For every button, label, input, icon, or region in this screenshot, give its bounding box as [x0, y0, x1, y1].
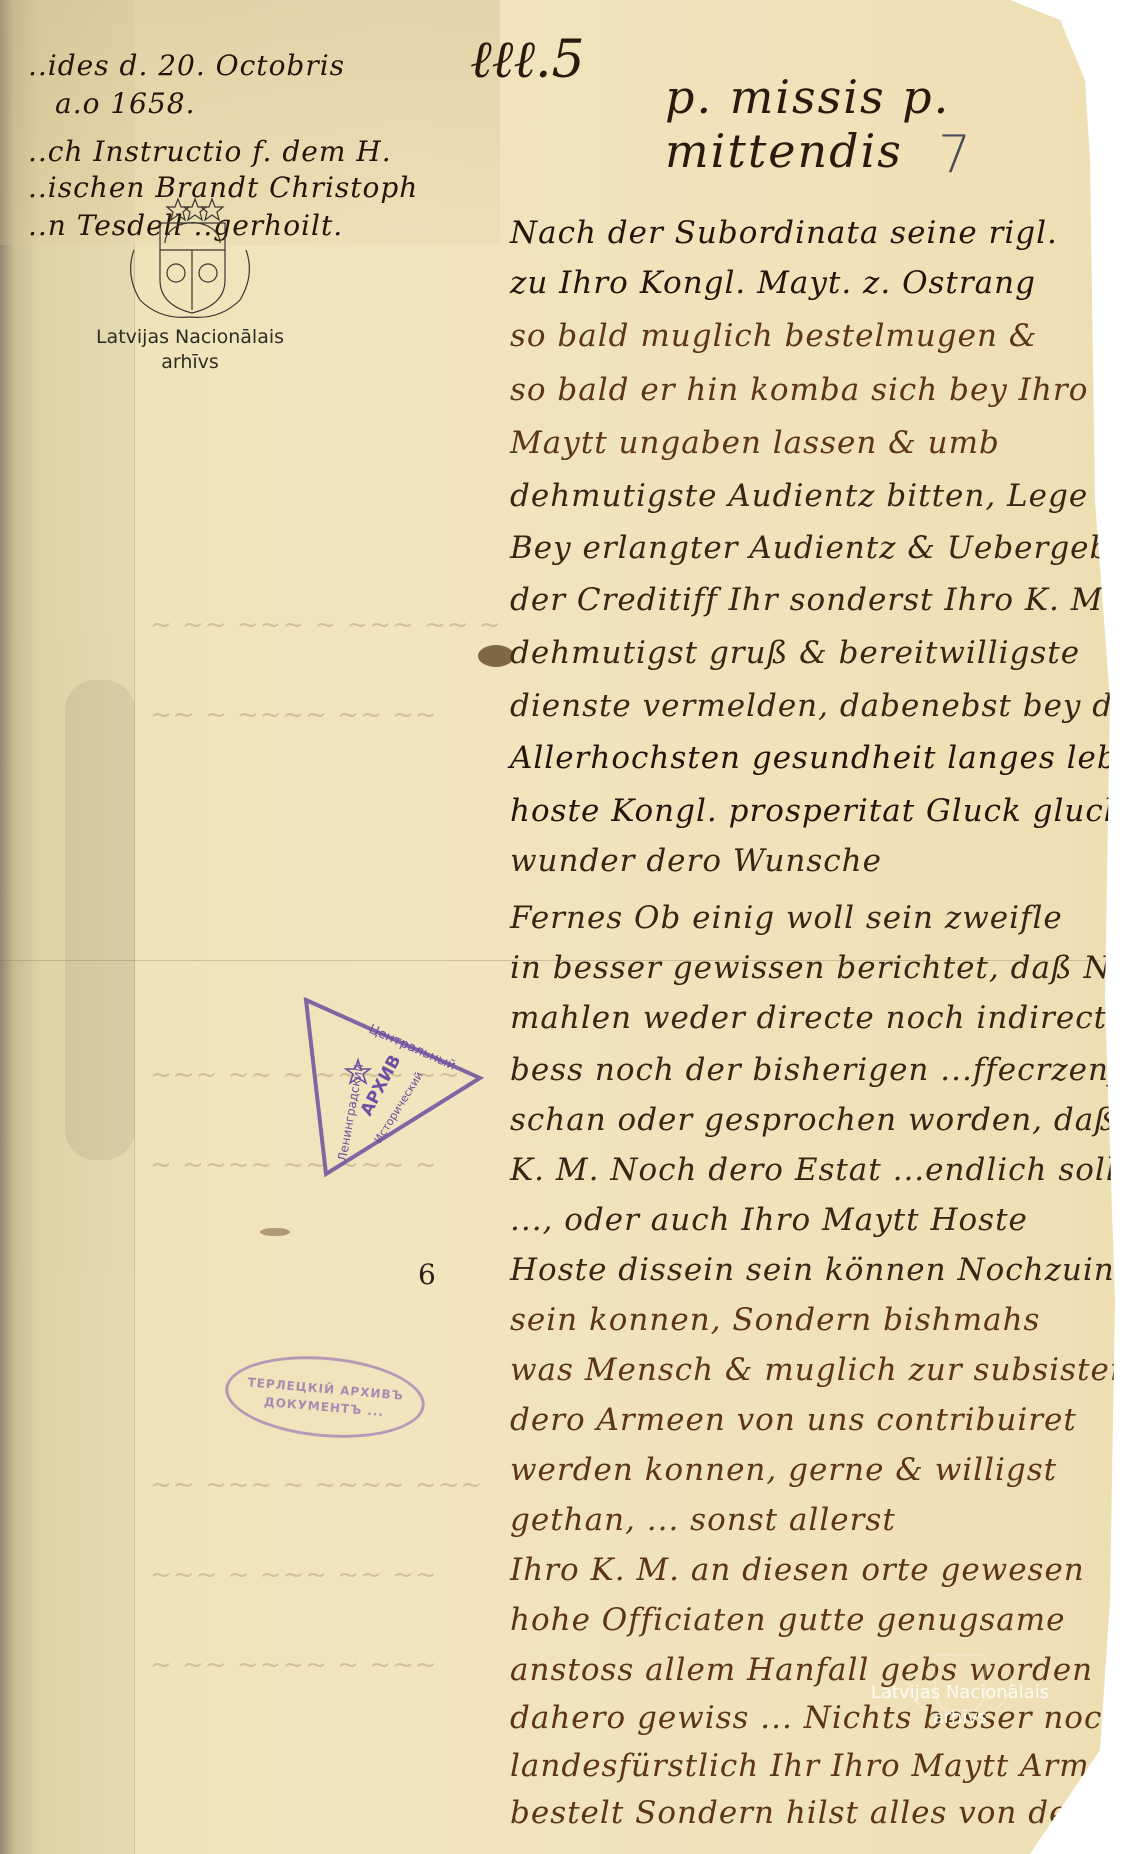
body-line: dehmutigst gruß & bereitwilligste [510, 635, 1080, 671]
bleed-through-text: ~~~ ~ ~~~ ~~ ~~ [150, 1560, 438, 1590]
body-line: zu Ihro Kongl. Mayt. z. Ostrang [510, 265, 1036, 301]
margin-note-line: a.o 1658. [55, 86, 196, 122]
body-line: Fernes Ob einig woll sein zweifle [510, 900, 1063, 936]
body-line: so bald muglich bestelmugen & [510, 318, 1037, 354]
bleed-through-text: ~ ~~ ~~~ ~ ~~~ ~~ ~ [150, 610, 502, 640]
bleed-through-text: ~~ ~~~ ~ ~~~~ ~~~ [150, 1470, 483, 1500]
archive-logo: Latvijas Nacionālais arhīvs [70, 195, 310, 375]
body-line: wunder dero Wunsche [510, 843, 882, 879]
top-mark: ℓℓℓ.5 [470, 30, 585, 90]
ink-mark [260, 1228, 290, 1236]
body-line: was Mensch & muglich zur subsistent [510, 1352, 1139, 1388]
bleed-through-text: ~ ~~ ~~~~ ~ ~~~ [150, 1650, 438, 1680]
latvia-coat-of-arms-icon [120, 195, 260, 325]
body-line: hoste Kongl. prosperitat Gluck glucks [510, 793, 1139, 829]
body-line: Maytt ungaben lassen & umb [510, 425, 1000, 461]
pencil-folio-number: 7 [938, 125, 971, 185]
body-line: mahlen weder directe noch indirecte von [510, 1000, 1139, 1036]
body-line: Bey erlangter Audientz & Uebergebung [510, 530, 1139, 566]
body-line: bess noch der bisherigen ...ffecrzenß go… [510, 1052, 1139, 1088]
body-line: schan oder gesprochen worden, daß Ihro [510, 1102, 1139, 1138]
document-title: p. missis p. mittendis [665, 70, 1120, 178]
body-line: bestelt Sondern hilst alles von der [510, 1795, 1084, 1831]
body-line: K. M. Noch dero Estat ...endlich sollen [510, 1152, 1139, 1188]
body-line: der Creditiff Ihr sonderst Ihro K. M. Li… [510, 582, 1139, 618]
ink-blot [478, 645, 514, 667]
body-line: sein konnen, Sondern bishmahs [510, 1302, 1040, 1338]
body-line: werden konnen, gerne & willigst [510, 1452, 1057, 1488]
body-line: Allerhochsten gesundheit langes leben al… [510, 740, 1139, 776]
printed-folio-number: 6 [418, 1258, 436, 1291]
body-line: in besser gewissen berichtet, daß Nie [510, 950, 1139, 986]
body-line: Nach der Subordinata seine rigl. [510, 215, 1058, 251]
bleed-through-text: ~~ ~ ~~~~ ~~ ~~ [150, 700, 438, 730]
margin-note-line: ..ides d. 20. Octobris [28, 48, 345, 84]
body-line: dehmutigste Audientz bitten, Lege [510, 478, 1088, 514]
latvia-coat-of-arms-watermark-icon [900, 1650, 1020, 1720]
body-line: landesfürstlich Ihr Ihro Maytt Armeen [510, 1748, 1139, 1784]
body-line: dero Armeen von uns contribuiret [510, 1402, 1077, 1438]
archive-name-line2: arhīvs [70, 350, 310, 375]
body-line: ..., oder auch Ihro Maytt Hoste [510, 1202, 1028, 1238]
body-line: Hoste dissein sein können Nochzuinden [510, 1252, 1139, 1288]
archive-name-line1: Latvijas Nacionālais [70, 325, 310, 350]
archive-watermark-bottom: Latvijas Nacionālais arhīvs [820, 1680, 1100, 1730]
body-line: gethan, ... sonst allerst [510, 1502, 896, 1538]
margin-line [134, 245, 135, 1854]
body-line: dienste vermelden, dabenebst bey der [510, 688, 1139, 724]
archive-oval-stamp-icon: ТЕРЛЕЦКІЙ АРХИВЪ ДОКУМЕНТЪ ... [222, 1348, 428, 1445]
body-line: hohe Officiaten gutte genugsame [510, 1602, 1065, 1638]
body-line: Ihro K. M. an diesen orte gewesen [510, 1552, 1085, 1588]
body-line: so bald er hin komba sich bey Ihro [510, 372, 1088, 408]
archive-triangle-stamp-icon: Центральный Ленинградский Исторический А… [298, 992, 488, 1182]
margin-note-line: ..ch Instructio f. dem H. [28, 134, 392, 170]
